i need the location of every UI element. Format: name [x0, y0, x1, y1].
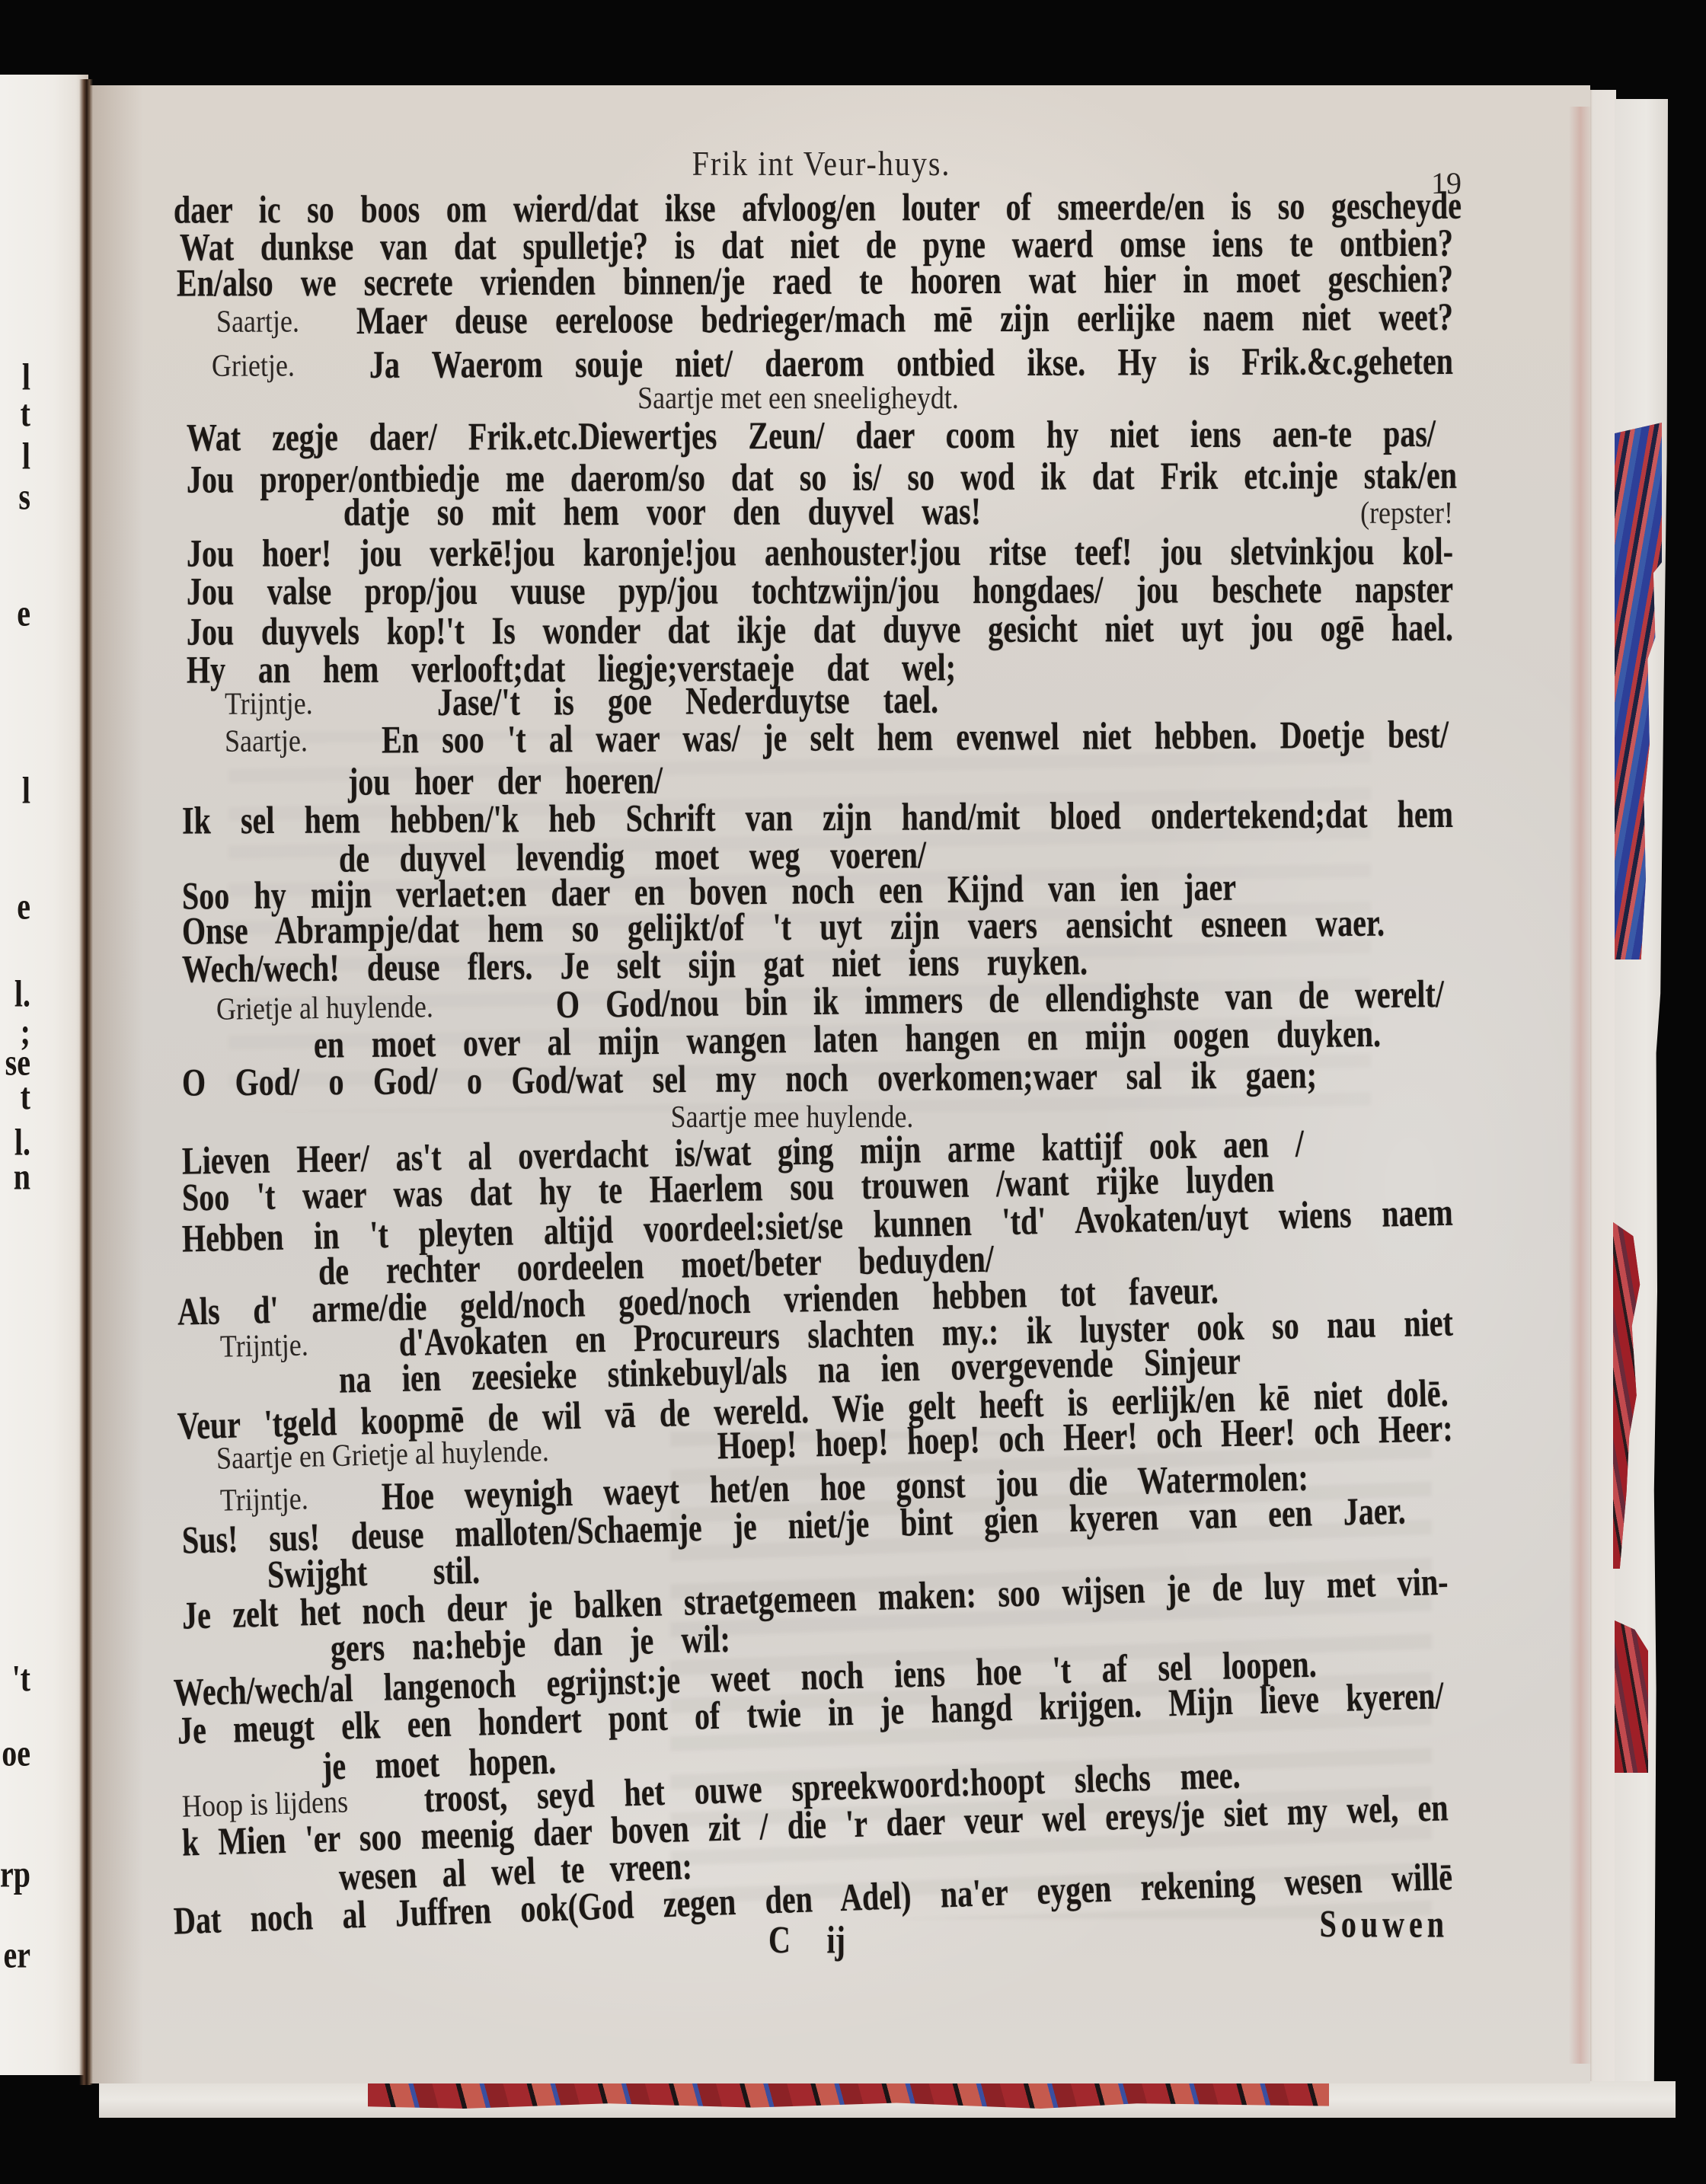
facing-text-fragment: e [0, 589, 30, 637]
facing-text-fragment: rp [0, 1850, 30, 1898]
facing-page: l t l s e l e l. ; se t l. n 't oe rp er [0, 75, 88, 2075]
catchword: Souwen [1300, 1900, 1449, 1949]
dialogue-line: Saartje.En soo 't al waer was/ je selt h… [225, 716, 1449, 760]
gutter-shadow [79, 79, 93, 2085]
facing-text-fragment: e [0, 883, 30, 931]
running-head: Frik int Veur-huys. [675, 142, 968, 186]
page-edge-layers [1590, 90, 1616, 2085]
facing-text-fragment: t [0, 390, 30, 438]
facing-text-fragment: l [0, 767, 30, 815]
dialogue-line: Saartje.Maer deuse eereloose bedrieger/m… [216, 298, 1453, 340]
speaker-name: Saartje. [225, 718, 382, 763]
text-line: Wat zegje daer/ Frik.etc.Diewertjes Zeun… [187, 414, 1436, 457]
signature-mark: C ij [768, 1916, 845, 1965]
marbled-cover-patch [1615, 1620, 1648, 1773]
text-line: datje so mit hem voor den duyvel was! [343, 493, 981, 532]
facing-text-fragment: t [0, 1073, 30, 1121]
speaker-name: Grietje. [212, 343, 369, 388]
facing-text-fragment: oe [0, 1729, 30, 1777]
facing-text-fragment: er [0, 1931, 30, 1979]
facing-text-fragment: 't [0, 1655, 30, 1703]
outer-leaf-edge [1615, 99, 1668, 2087]
facing-text-fragment: s [0, 473, 30, 521]
facing-text-fragment: n [0, 1153, 30, 1201]
edge-stain [1569, 107, 1592, 2064]
book-photograph: l t l s e l e l. ; se t l. n 't oe rp er… [0, 0, 1706, 2184]
speaker-name: Saartje. [216, 299, 356, 343]
